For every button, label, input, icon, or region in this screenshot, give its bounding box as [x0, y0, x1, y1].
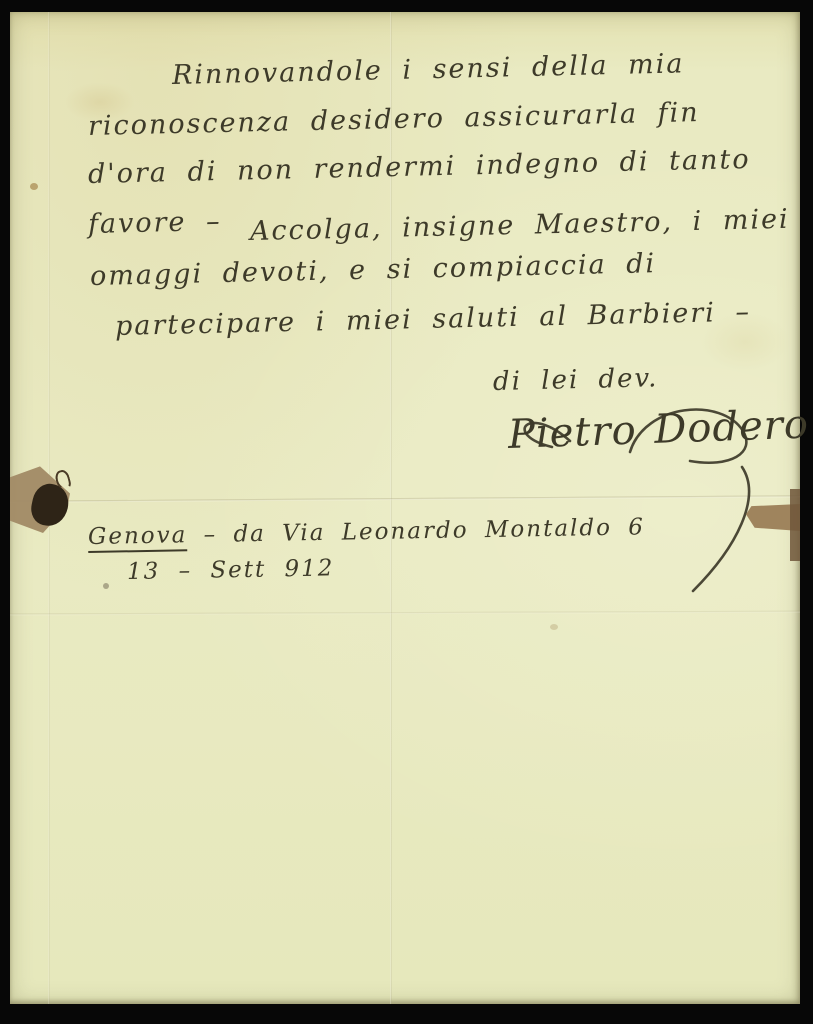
paper-stain — [550, 624, 558, 630]
paper-stain — [30, 183, 38, 190]
letter-line: omaggi devoti, e si compiaccia di — [90, 248, 657, 292]
date-line: 13 – Sett 912 — [127, 555, 335, 585]
paper-stain — [103, 583, 109, 589]
letter-line: Rinnovandole i sensi della mia — [172, 48, 685, 91]
city-underlined: Genova — [88, 522, 188, 553]
letter-photograph: Rinnovandole i sensi della mia riconosce… — [0, 0, 813, 1024]
letter-line: Accolga, insigne Maestro, i miei — [250, 204, 790, 247]
tape-edge-right — [790, 489, 800, 561]
letter-line: favore – — [88, 206, 222, 240]
closing-line: di lei dev. — [493, 363, 659, 397]
letter-paper: Rinnovandole i sensi della mia riconosce… — [10, 12, 800, 1004]
lower-horizontal-crease — [10, 611, 800, 616]
letter-line: d'ora di non rendermi indegno di tanto — [88, 144, 751, 190]
letter-line: partecipare i miei saluti al Barbieri – — [115, 297, 752, 342]
letter-line: riconoscenza desidero assicurarla fin — [88, 97, 700, 142]
